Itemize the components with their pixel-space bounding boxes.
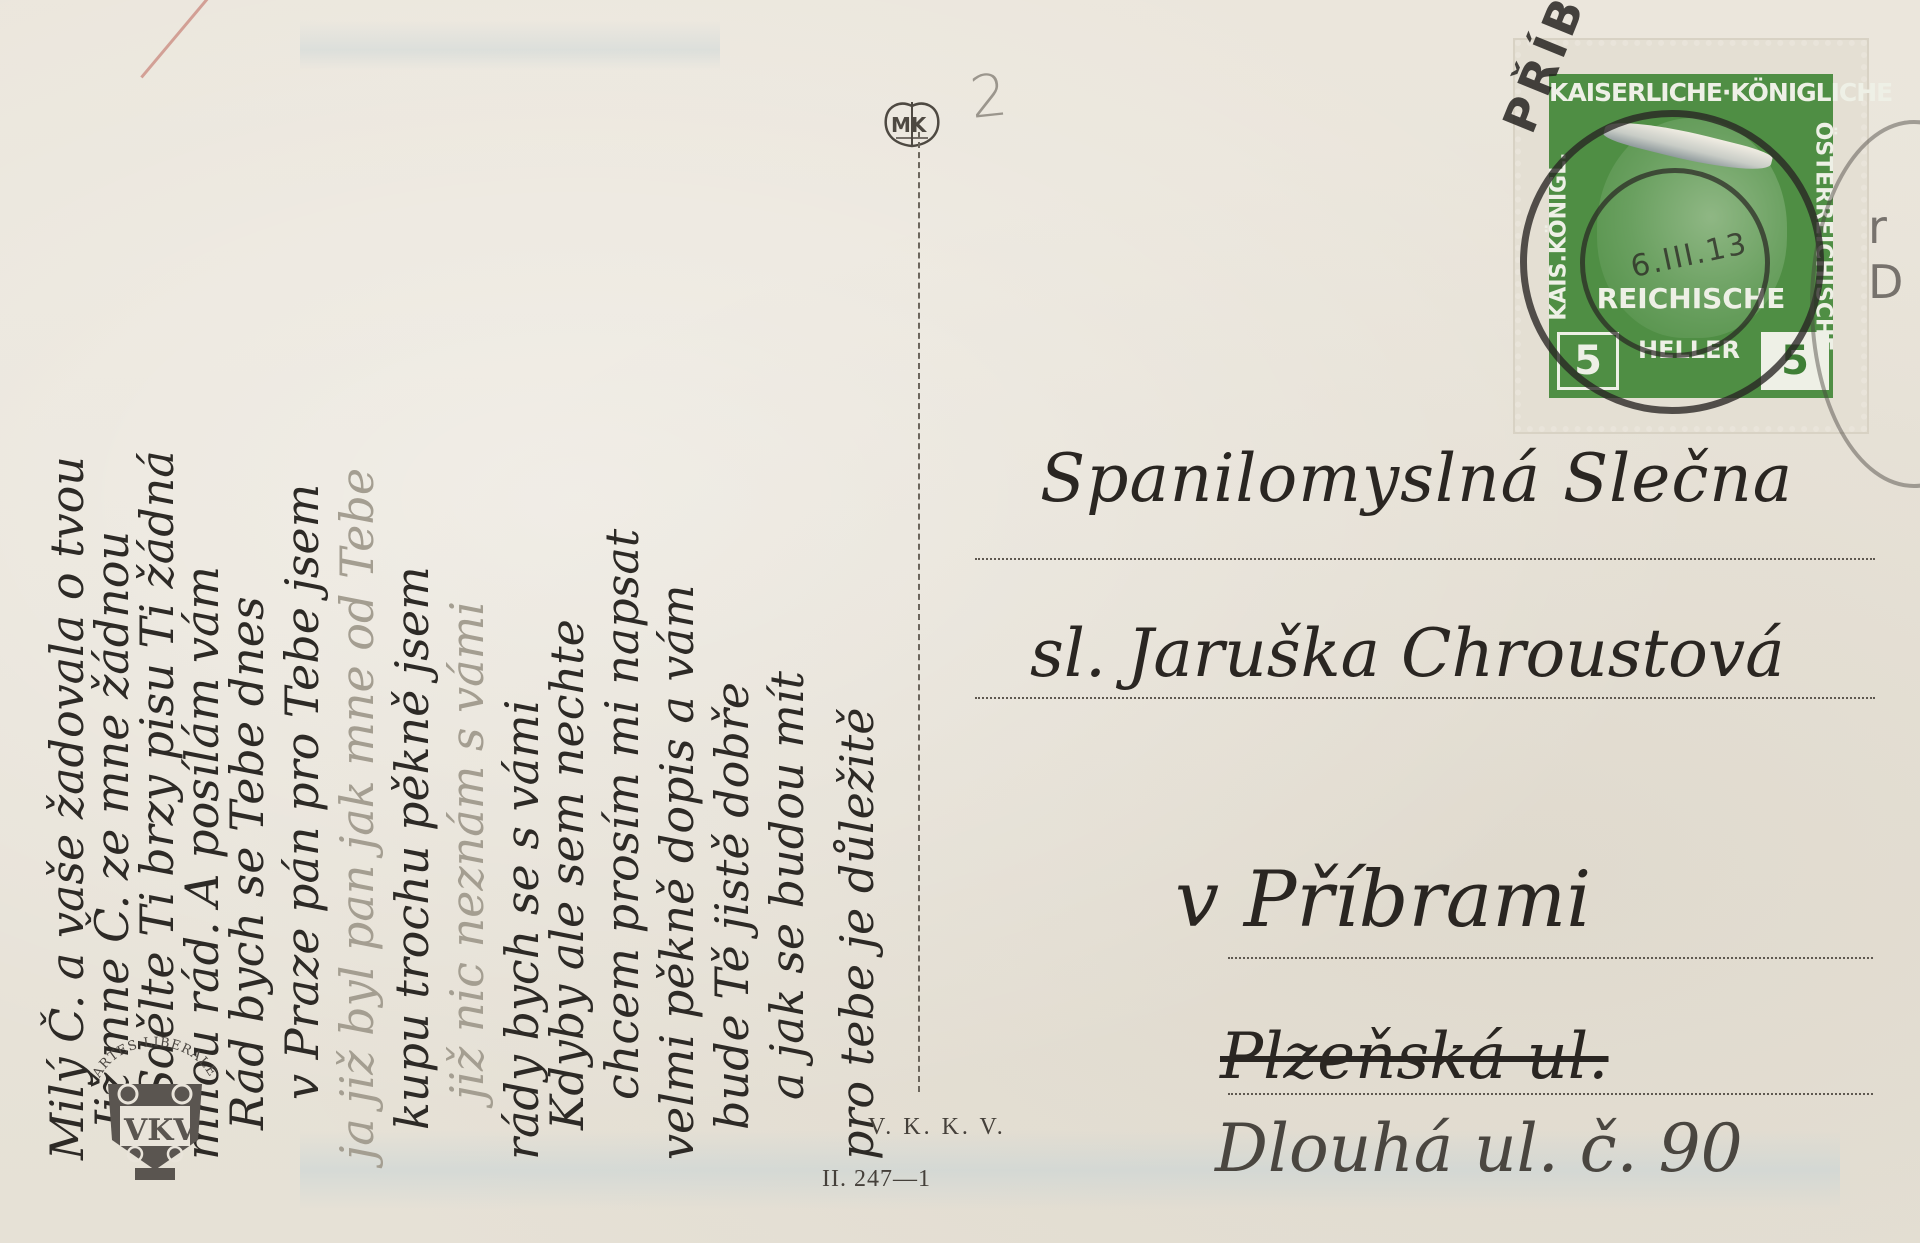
message-line: pro tebe je důležitě [830, 707, 884, 1160]
message-line: již nic neznám s vámi [440, 601, 494, 1100]
message-line: v Praze pán pro Tebe jsem [275, 484, 329, 1100]
recipient-salutation: Spanilomyslná Slečna [1040, 440, 1793, 517]
vkv-artes-liberales-logo-icon: ARTES·LIBERALES VKV [80, 1020, 230, 1180]
publisher-imprint: V. K. K. V. [868, 1114, 1006, 1141]
publisher-leaf-logo-icon: MK [882, 96, 942, 150]
message-line: chcem prosím mi napsat [595, 529, 649, 1100]
address-line-1 [975, 558, 1875, 560]
recipient-street-struck: Plzeňská ul. [1220, 1020, 1609, 1094]
postmark-letter: D [1868, 255, 1903, 309]
svg-text:VKV: VKV [123, 1113, 197, 1148]
paper-tint [300, 20, 720, 70]
recipient-town: v Příbrami [1175, 855, 1591, 945]
svg-text:MK: MK [891, 113, 928, 137]
address-line-2 [975, 697, 1875, 699]
message-line: ja již byl pan jak mne od Tebe [330, 468, 384, 1160]
message-line: Kdyby ale sem nechte [540, 619, 594, 1130]
svg-text:ARTES·LIBERALES: ARTES·LIBERALES [80, 1020, 220, 1081]
message-address-divider [918, 132, 920, 1092]
postcard-back: Milý Č. a vaše žadovala o tvou Již mne Č… [0, 0, 1920, 1243]
card-number: II. 247—1 [822, 1166, 931, 1193]
address-line-3 [1228, 957, 1873, 959]
message-line: a jak se budou mít [760, 671, 814, 1100]
recipient-street-corrected: Dlouhá ul. č. 90 [1215, 1110, 1743, 1187]
pencil-mark: 2 [967, 60, 1011, 131]
recipient-name: sl. Jaruška Chroustová [1030, 615, 1785, 692]
postmark-letter: r [1868, 200, 1887, 254]
red-pencil-stroke [140, 0, 219, 78]
message-line: bude Tě jistě dobře [705, 682, 759, 1130]
message-line: velmi pěkně dopis a vám [650, 585, 704, 1161]
message-line: kupu trochu pěkně jsem [385, 566, 439, 1130]
stamp-top-text: KAISERLICHE·KÖNIGLICHE [1549, 78, 1833, 107]
